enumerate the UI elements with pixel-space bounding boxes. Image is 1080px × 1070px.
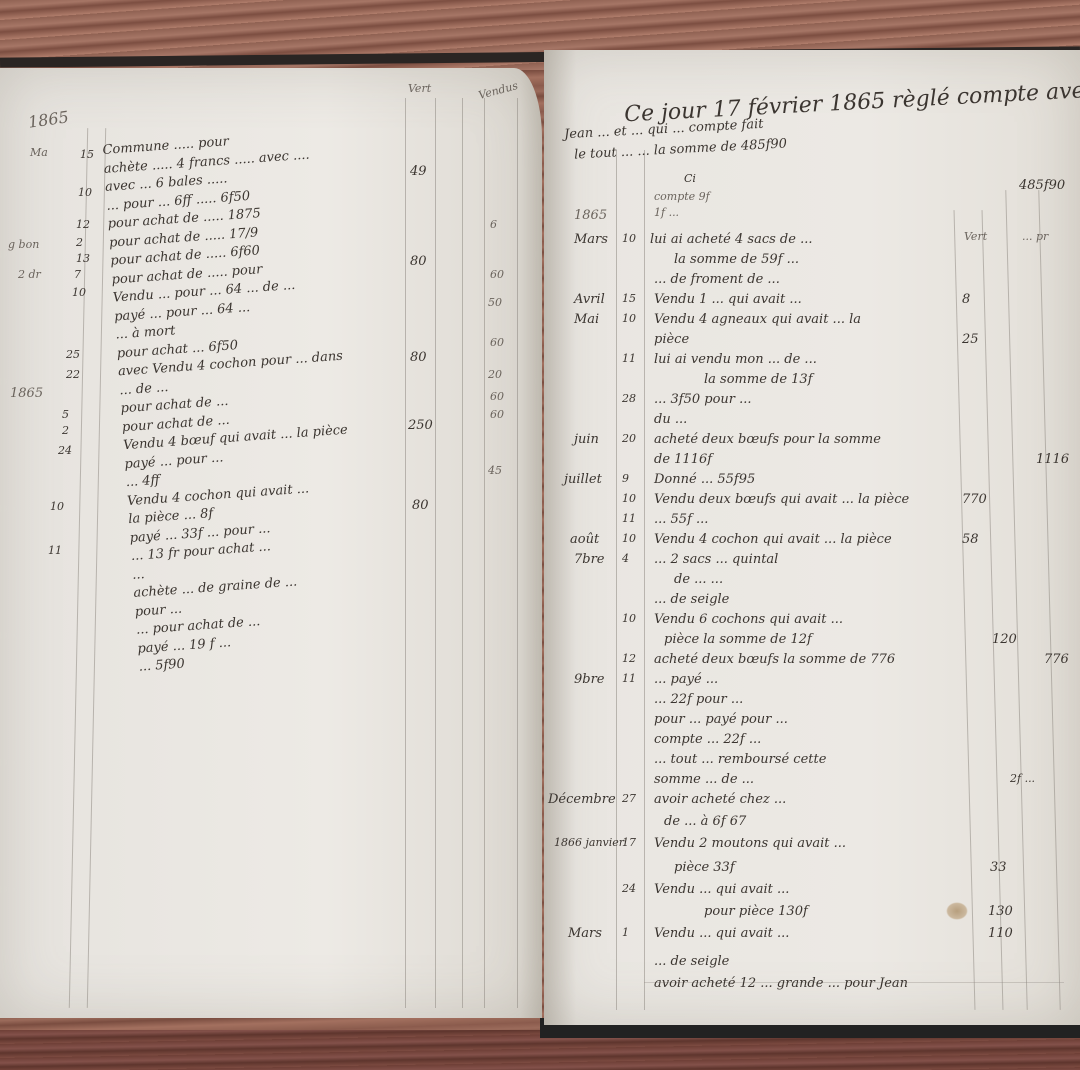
entry-text: ... de seigle: [654, 954, 729, 969]
side-amount: 60: [490, 336, 504, 349]
column-header-vert: Vert: [408, 82, 431, 95]
entry-text: Vendu 6 cochons qui avait ...: [654, 612, 843, 627]
day-number: 22: [66, 368, 80, 381]
entry-text: avoir acheté chez ...: [654, 792, 786, 807]
day: 11: [622, 672, 636, 685]
entry-text: ... 55f ...: [654, 512, 708, 527]
amount: 80: [410, 254, 427, 269]
ledger-row: 28... 3f50 pour ...: [544, 392, 1080, 412]
entry-text: la somme de 59f ...: [674, 252, 799, 267]
ledger-row: compte ... 22f ...: [544, 732, 1080, 752]
ledger-row: juillet9Donné ... 55f95: [544, 472, 1080, 492]
entry-text: ... 2 sacs ... quintal: [654, 552, 778, 567]
day: 11: [622, 352, 636, 365]
ledger-row: de ... ...: [544, 572, 1080, 592]
amount-rule-3: [462, 98, 463, 1008]
ledger-row: 24Vendu ... qui avait ...: [544, 882, 1080, 904]
entry-text: acheté deux bœufs la somme de 776: [654, 652, 895, 667]
day: 28: [622, 392, 636, 405]
ledger-row: 7bre4... 2 sacs ... quintal: [544, 552, 1080, 572]
entry-text: compte ... 22f ...: [654, 732, 761, 747]
ledger-row: la somme de 13f: [544, 372, 1080, 392]
ledger-row: avoir acheté 12 ... grande ... pour Jean: [544, 976, 1080, 998]
ledger-row: 1866 janvier17Vendu 2 moutons qui avait …: [544, 836, 1080, 860]
month: juillet: [564, 472, 602, 487]
margin-note: g bon: [8, 238, 39, 251]
month: Mai: [574, 312, 599, 327]
ledger-row: du ...: [544, 412, 1080, 432]
entry-text: de ... à 6f 67: [664, 814, 746, 829]
day-number: 24: [58, 444, 72, 457]
entry-text: pièce: [654, 332, 689, 347]
day: 27: [622, 792, 636, 805]
month: 9bre: [574, 672, 605, 687]
entry-text: lui ai acheté 4 sacs de ...: [650, 232, 812, 247]
day-number: 12: [76, 218, 90, 231]
sub-line: Ci: [684, 172, 696, 185]
column-header-vendus: Vendus: [477, 79, 519, 102]
ledger-left-page: 1865 Vert Vendus Ma g bon 2 dr 1865 15 1…: [0, 68, 542, 1018]
side-amount: 60: [490, 390, 504, 403]
entry-text: ... 22f pour ...: [654, 692, 743, 707]
day: 10: [622, 232, 636, 245]
heading-line: le tout ... ... la somme de 485f90: [574, 136, 788, 162]
side-amount: 60: [490, 408, 504, 421]
entry-amount: 58: [962, 532, 979, 547]
ledger-row: 10Vendu deux bœufs qui avait ... la pièc…: [544, 492, 1080, 512]
day: 20: [622, 432, 636, 445]
entry-text: somme ... de ...: [654, 772, 754, 787]
entry-text: Vendu 1 ... qui avait ...: [654, 292, 802, 307]
month: Décembre: [548, 792, 616, 807]
side-amount: 45: [488, 464, 502, 477]
year-label: 1865: [574, 208, 607, 223]
day-number: 7: [74, 268, 81, 281]
day-number: 5: [62, 408, 69, 421]
entry-text: Vendu 4 cochon qui avait ... la pièce: [654, 532, 892, 547]
month: 7bre: [574, 552, 605, 567]
entry-amount: 25: [962, 332, 979, 347]
ledger-row: somme ... de ... 2f ...: [544, 772, 1080, 792]
side-note: 2f ...: [1010, 772, 1035, 785]
entry-text: de 1116f: [654, 452, 712, 467]
day-number: 15: [80, 148, 94, 161]
entry-text: de ... ...: [674, 572, 723, 587]
day: 10: [622, 612, 636, 625]
day: 17: [622, 836, 636, 849]
day: 9: [622, 472, 629, 485]
day-number: 2: [76, 236, 83, 249]
entry-amount: 1116: [1036, 452, 1069, 467]
day: 15: [622, 292, 636, 305]
ledger-row: 10Vendu 6 cochons qui avait ...: [544, 612, 1080, 632]
entry-text: du ...: [654, 412, 687, 427]
amount: 49: [410, 164, 427, 179]
entry-text: pièce 33f: [674, 860, 735, 875]
entry-text: ... 3f50 pour ...: [654, 392, 752, 407]
entry-amount: 120: [992, 632, 1017, 647]
ledger-row: pièce25: [544, 332, 1080, 352]
entry-text: ... de froment de ...: [654, 272, 780, 287]
entry-text: Vendu 4 agneaux qui avait ... la: [654, 312, 861, 327]
ledger-row: ... de seigle: [544, 592, 1080, 612]
ledger-row: ... tout ... remboursé cette: [544, 752, 1080, 772]
side-amount: 6: [490, 218, 497, 231]
side-amount: 60: [490, 268, 504, 281]
ledger-row: 11... 55f ...: [544, 512, 1080, 532]
ledger-right-page: Ce jour 17 février 1865 règlé compte ave…: [544, 50, 1080, 1025]
amount: 250: [408, 418, 433, 433]
month: août: [570, 532, 599, 547]
month: juin: [574, 432, 599, 447]
day: 24: [622, 882, 636, 895]
amount-rule-5: [517, 98, 518, 1008]
day-number: 10: [72, 286, 86, 299]
ledger-row: Décembre27avoir acheté chez ...: [544, 792, 1080, 814]
entry-text: ... tout ... remboursé cette: [654, 752, 826, 767]
heading-amount: 485f90: [1019, 178, 1065, 193]
sub-line: 1f ...: [654, 206, 679, 219]
entry-text: lui ai vendu mon ... de ...: [654, 352, 817, 367]
ledger-row: pièce 33f33: [544, 860, 1080, 882]
entry-text: pour pièce 130f: [704, 904, 808, 919]
ledger-row: Mai10Vendu 4 agneaux qui avait ... la: [544, 312, 1080, 332]
ledger-row: juin20acheté deux bœufs pour la somme: [544, 432, 1080, 452]
entry-amount: 776: [1044, 652, 1069, 667]
ledger-row: 12acheté deux bœufs la somme de 776776: [544, 652, 1080, 672]
paper-stain: [946, 902, 968, 920]
entry-amount: 8: [962, 292, 970, 307]
right-entries: Mars10lui ai acheté 4 sacs de ... la som…: [544, 232, 1080, 998]
day-number: 11: [48, 544, 62, 557]
entry-text: pour ... payé pour ...: [654, 712, 788, 727]
entry-amount: 130: [988, 904, 1013, 919]
day: 11: [622, 512, 636, 525]
margin-note: 2 dr: [18, 268, 41, 281]
ledger-row: de ... à 6f 67: [544, 814, 1080, 836]
day: 10: [622, 532, 636, 545]
day: 4: [622, 552, 629, 565]
month: Avril: [574, 292, 605, 307]
day: 10: [622, 312, 636, 325]
ledger-row: pour pièce 130f130: [544, 904, 1080, 926]
amount-rule-2: [435, 98, 436, 1008]
entry-amount: 110: [988, 926, 1013, 941]
ledger-row: ... de seigle: [544, 954, 1080, 976]
ledger-row: de 1116f1116: [544, 452, 1080, 472]
month: 1866 janvier: [554, 836, 624, 849]
entry-text: Vendu ... qui avait ...: [654, 882, 789, 897]
entry-text: pièce la somme de 12f: [664, 632, 812, 647]
side-amount: 50: [488, 296, 502, 309]
entry-text: ... payé ...: [654, 672, 718, 687]
entry-text: Donné ... 55f95: [654, 472, 755, 487]
day-number: 25: [66, 348, 80, 361]
left-entries: Commune ..... pour achète ..... 4 francs…: [102, 121, 439, 677]
amount: 80: [410, 350, 427, 365]
entry-text: la somme de 13f: [704, 372, 813, 387]
day: 10: [622, 492, 636, 505]
entry-amount: 33: [990, 860, 1007, 875]
ledger-row: août10Vendu 4 cochon qui avait ... la pi…: [544, 532, 1080, 552]
entry-text: acheté deux bœufs pour la somme: [654, 432, 881, 447]
day: 12: [622, 652, 636, 665]
amount: 80: [412, 498, 429, 513]
entry-text: ... de seigle: [654, 592, 729, 607]
month: Mars: [574, 232, 608, 247]
day-number: 10: [50, 500, 64, 513]
ledger-row: ... 22f pour ...: [544, 692, 1080, 712]
margin-note: 1865: [10, 386, 43, 401]
ledger-row: Avril15Vendu 1 ... qui avait ...8: [544, 292, 1080, 312]
ledger-row: 11lui ai vendu mon ... de ...: [544, 352, 1080, 372]
margin-note: Ma: [30, 146, 48, 159]
ledger-row: ... de froment de ...: [544, 272, 1080, 292]
entry-text: avoir acheté 12 ... grande ... pour Jean: [654, 976, 908, 991]
day-number: 13: [76, 252, 90, 265]
year-header: 1865: [27, 107, 70, 131]
ledger-row: 9bre11... payé ...: [544, 672, 1080, 692]
day-number: 10: [78, 186, 92, 199]
day: 1: [622, 926, 629, 939]
ledger-row: pour ... payé pour ...: [544, 712, 1080, 732]
ledger-row: Mars10lui ai acheté 4 sacs de ...: [544, 232, 1080, 252]
month: Mars: [568, 926, 602, 941]
ledger-row: pièce la somme de 12f120: [544, 632, 1080, 652]
ledger-row: la somme de 59f ...: [544, 252, 1080, 272]
sub-line: compte 9f: [654, 190, 710, 203]
ledger-row: Mars1Vendu ... qui avait ...110: [544, 926, 1080, 954]
side-amount: 20: [488, 368, 502, 381]
day-number: 2: [62, 424, 69, 437]
entry-text: Vendu ... qui avait ...: [654, 926, 789, 941]
entry-text: Vendu deux bœufs qui avait ... la pièce: [654, 492, 909, 507]
amount-rule-4: [484, 98, 485, 1008]
entry-amount: 770: [962, 492, 987, 507]
entry-text: Vendu 2 moutons qui avait ...: [654, 836, 846, 851]
